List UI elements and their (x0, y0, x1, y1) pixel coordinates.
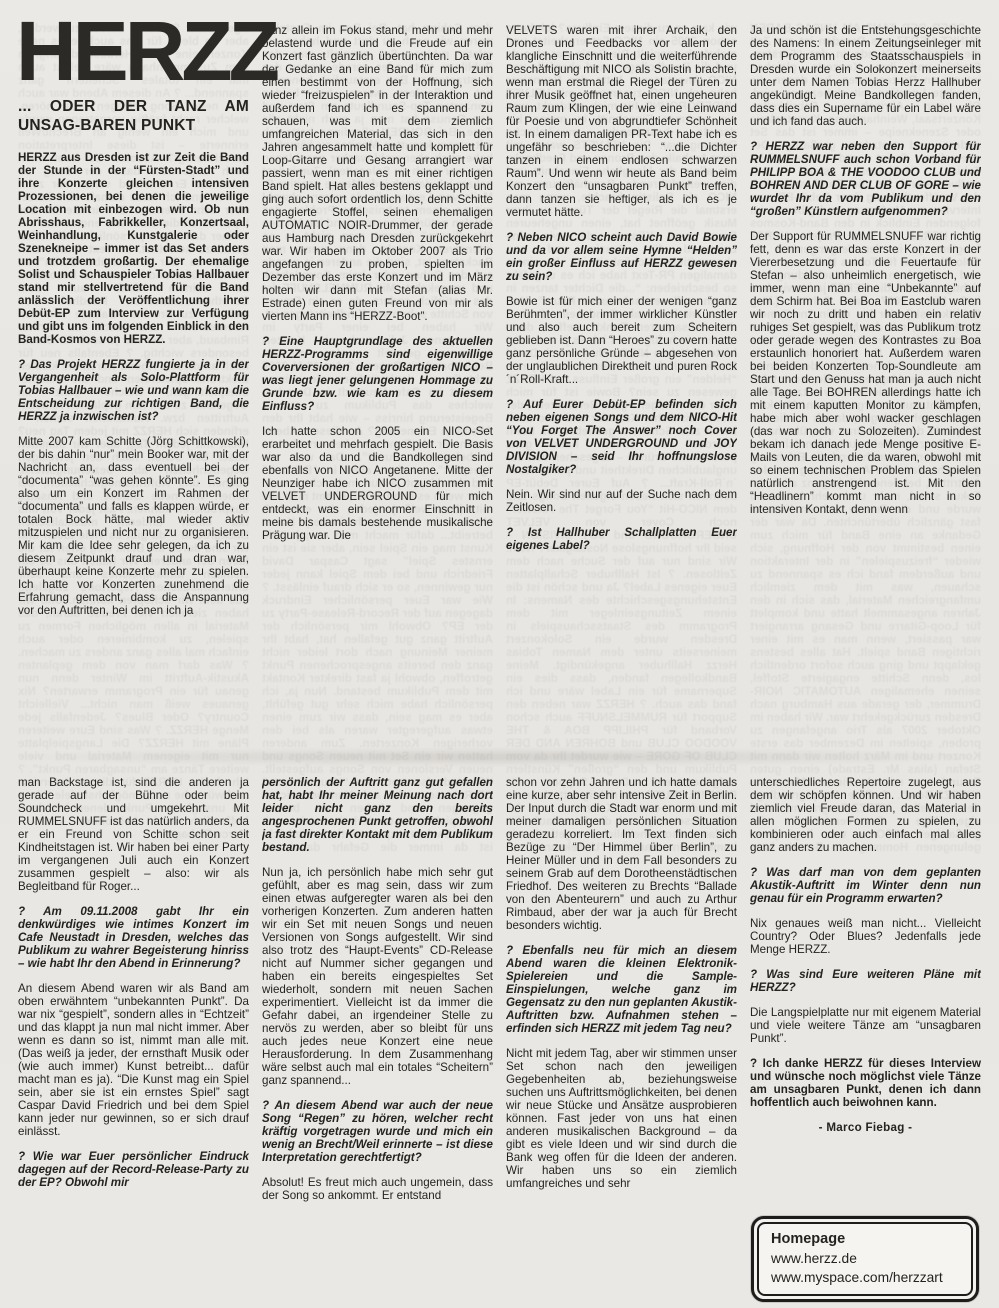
interview-answer: Nicht mit jedem Tag, aber wir stimmen un… (506, 1047, 737, 1190)
homepage-title: Homepage (771, 1231, 959, 1247)
interview-answer: schon vor zehn Jahren und ich hatte dama… (506, 776, 737, 932)
interview-answer: ganz allein im Fokus stand, mehr und meh… (262, 24, 493, 323)
bottom-column-3: schon vor zehn Jahren und ich hatte dama… (506, 776, 737, 1292)
interview-question: ? Was darf man von dem geplanten Akustik… (750, 866, 981, 905)
interviewer-thanks: ? Ich danke HERZZ für dieses Interview u… (750, 1057, 981, 1109)
interview-answer: VELVETS waren mit ihrer Archaik, den Dro… (506, 24, 737, 219)
interview-answer: Nun ja, ich persönlich habe mich sehr gu… (262, 866, 493, 1087)
interview-answer: An diesem Abend waren wir als Band am ob… (18, 982, 249, 1138)
interview-answer: man Backstage ist, sind die anderen ja g… (18, 776, 249, 893)
author-byline: - Marco Fiebag - (750, 1121, 981, 1134)
article-lead: HERZZ aus Dresden ist zur Zeit die Band … (18, 151, 249, 346)
bottom-column-2: persönlich der Auftritt ganz gut gefalle… (262, 776, 493, 1292)
interview-answer: Mitte 2007 kam Schitte (Jörg Schittkowsk… (18, 435, 249, 617)
interview-question: ? Eine Hauptgrundlage des aktuellen HERZ… (262, 335, 493, 413)
interview-question: ? An diesem Abend war auch der neue Song… (262, 1099, 493, 1164)
interview-question: ? HERZZ war neben den Support für RUMMEL… (750, 140, 981, 218)
interview-answer: unterschiedliches Repertoire zugelegt, a… (750, 776, 981, 854)
top-column-4: Ja und schön ist die Entstehungsgeschich… (750, 24, 981, 748)
top-column-2: ganz allein im Fokus stand, mehr und meh… (262, 24, 493, 748)
magazine-page: ... ODER DER TANZ AM UNSAG-BAREN PUNKT H… (0, 0, 999, 1308)
article-headline: HERZZ (16, 12, 276, 92)
interview-question: ? Wie war Euer persönlicher Eindruck dag… (18, 1150, 249, 1189)
interview-answer: Absolut! Es freut mich auch ungemein, da… (262, 1176, 493, 1202)
interview-answer: Ich hatte schon 2005 ein NICO-Set erarbe… (262, 425, 493, 542)
interview-answer: Bowie ist für mich einer der wenigen “ga… (506, 295, 737, 386)
interview-question-continued: persönlich der Auftritt ganz gut gefalle… (262, 776, 493, 854)
interview-question: ? Ebenfalls neu für mich an diesem Abend… (506, 944, 737, 1035)
interview-answer: Nix genaues weiß man nicht... Vielleicht… (750, 917, 981, 956)
article-subtitle: ... ODER DER TANZ AM UNSAG-BAREN PUNKT (18, 98, 249, 136)
interview-answer: Nein. Wir sind nur auf der Suche nach de… (506, 488, 737, 514)
interview-answer: Die Langspielplatte nur mit eigenem Mate… (750, 1006, 981, 1045)
interview-question: ? Auf Eurer Debüt-EP befinden sich neben… (506, 398, 737, 476)
interview-question: ? Neben NICO scheint auch David Bowie un… (506, 231, 737, 283)
homepage-url-myspace: www.myspace.com/herzzart (771, 1269, 959, 1288)
homepage-url-herzz: www.herzz.de (771, 1250, 959, 1269)
interview-answer: Ja und schön ist die Entstehungsgeschich… (750, 24, 981, 128)
scan-smudge (0, 748, 999, 766)
interview-answer: Der Support für RUMMELSNUFF war richtig … (750, 230, 981, 516)
article-top-section: ... ODER DER TANZ AM UNSAG-BAREN PUNKTHE… (18, 24, 981, 748)
interview-question: ? Das Projekt HERZZ fungierte ja in der … (18, 358, 249, 423)
interview-question: ? Am 09.11.2008 gabt Ihr ein denkwürdige… (18, 905, 249, 970)
bottom-column-1: man Backstage ist, sind die anderen ja g… (18, 776, 249, 1292)
interview-question: ? Ist Hallhuber Schallplatten Euer eigen… (506, 526, 737, 552)
homepage-box: Homepage www.herzz.de www.myspace.com/he… (751, 1216, 979, 1302)
article-bottom-section: man Backstage ist, sind die anderen ja g… (18, 776, 981, 1292)
top-column-1: ... ODER DER TANZ AM UNSAG-BAREN PUNKTHE… (18, 24, 249, 748)
bottom-column-4: unterschiedliches Repertoire zugelegt, a… (750, 776, 981, 1292)
homepage-box-inner: Homepage www.herzz.de www.myspace.com/he… (757, 1222, 973, 1296)
top-column-3: VELVETS waren mit ihrer Archaik, den Dro… (506, 24, 737, 748)
interview-question: ? Was sind Eure weiteren Pläne mit HERZZ… (750, 968, 981, 994)
